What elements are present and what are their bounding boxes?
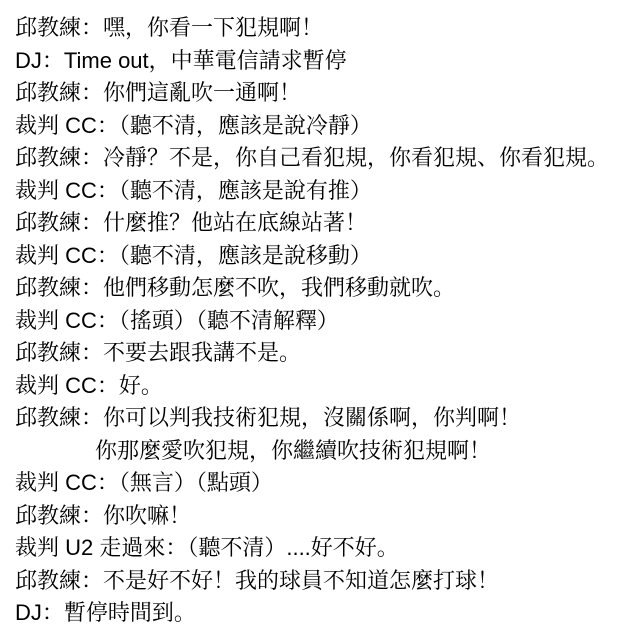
dialogue-line: 邱教練：不是好不好！我的球員不知道怎麼打球！ <box>15 565 615 598</box>
transcript-document: 邱教練：嘿，你看一下犯規啊！ DJ：Time out，中華電信請求暫停 邱教練：… <box>0 0 619 640</box>
dialogue-line: 裁判 CC：（無言）（點頭） <box>15 467 615 500</box>
dialogue-line: 裁判 CC：（聽不清，應該是說冷靜） <box>15 110 615 143</box>
dialogue-line: 邱教練：冷靜？不是，你自己看犯規，你看犯規、你看犯規。 <box>15 142 615 175</box>
dialogue-line: 邱教練：他們移動怎麼不吹，我們移動就吹。 <box>15 272 615 305</box>
dialogue-line: 邱教練：你吹嘛！ <box>15 500 615 533</box>
dialogue-line: 邱教練：你可以判我技術犯規，沒關係啊，你判啊！ <box>15 402 615 435</box>
dialogue-line: 裁判 CC：（聽不清，應該是說有推） <box>15 175 615 208</box>
dialogue-line: 裁判 U2 走過來：（聽不清）....好不好。 <box>15 532 615 565</box>
dialogue-line: 邱教練：不要去跟我講不是。 <box>15 337 615 370</box>
dialogue-line-continuation: 你那麼愛吹犯規，你繼續吹技術犯規啊！ <box>15 435 615 468</box>
dialogue-line: 邱教練：你們這亂吹一通啊！ <box>15 77 615 110</box>
dialogue-line: 裁判 CC：（搖頭）（聽不清解釋） <box>15 305 615 338</box>
dialogue-line: DJ：Time out，中華電信請求暫停 <box>15 45 615 78</box>
dialogue-line: 裁判 CC：好。 <box>15 370 615 403</box>
dialogue-line: 裁判 CC：（聽不清，應該是說移動） <box>15 240 615 273</box>
dialogue-line: DJ：暫停時間到。 <box>15 597 615 630</box>
dialogue-line: 邱教練：嘿，你看一下犯規啊！ <box>15 12 615 45</box>
dialogue-line: 邱教練：什麼推？他站在底線站著！ <box>15 207 615 240</box>
